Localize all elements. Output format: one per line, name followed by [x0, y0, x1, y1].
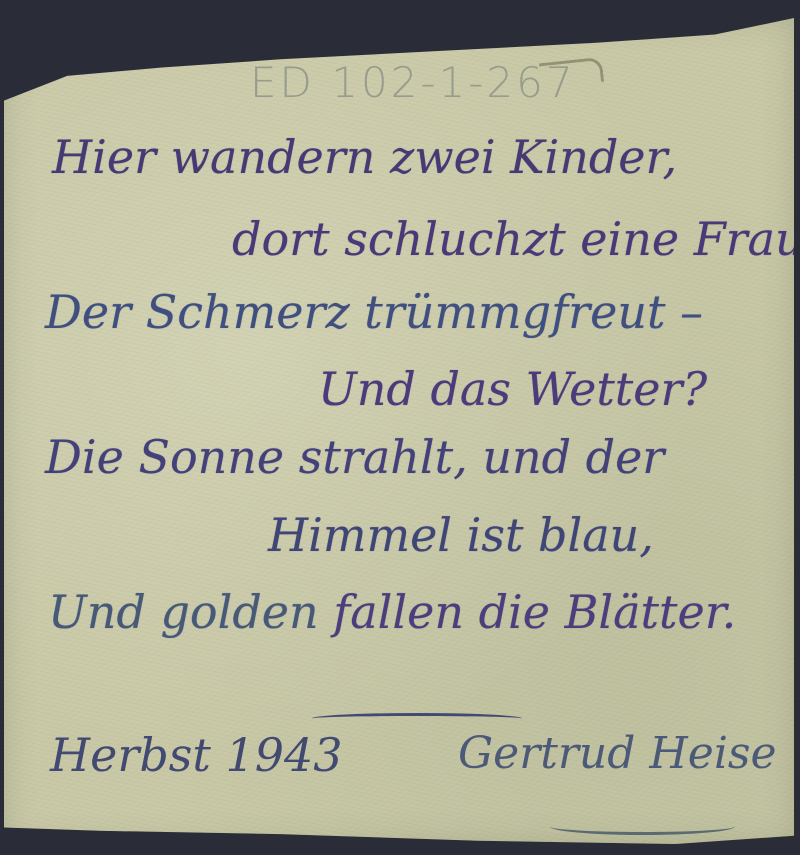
poem-line-1: Hier wandern zwei Kinder, [52, 130, 677, 184]
scanned-document: ED 102-1-267 Hier wandern zwei Kinder, d… [0, 0, 800, 855]
signature: Gertrud Heise [458, 728, 777, 779]
divider-stroke [312, 713, 522, 724]
date: Herbst 1943 [50, 728, 343, 782]
poem-line-5: Die Sonne strahlt, und der [45, 430, 664, 484]
poem-line-6: Himmel ist blau, [268, 508, 654, 562]
archive-number: ED 102-1-267 [250, 58, 576, 107]
poem-line-7-part-1: Und golden [48, 585, 319, 639]
scan-border [794, 0, 800, 855]
poem-line-4: Und das Wetter? [318, 362, 707, 416]
poem-line-2: dort schluchzt eine Frau. [232, 212, 800, 266]
poem-line-7: Und golden fallen die Blätter. [48, 585, 736, 639]
signature-flourish [550, 818, 735, 835]
poem-line-7-part-2: fallen die Blätter. [333, 585, 736, 639]
poem-line-3: Der Schmerz trümmgfreut – [45, 285, 703, 339]
